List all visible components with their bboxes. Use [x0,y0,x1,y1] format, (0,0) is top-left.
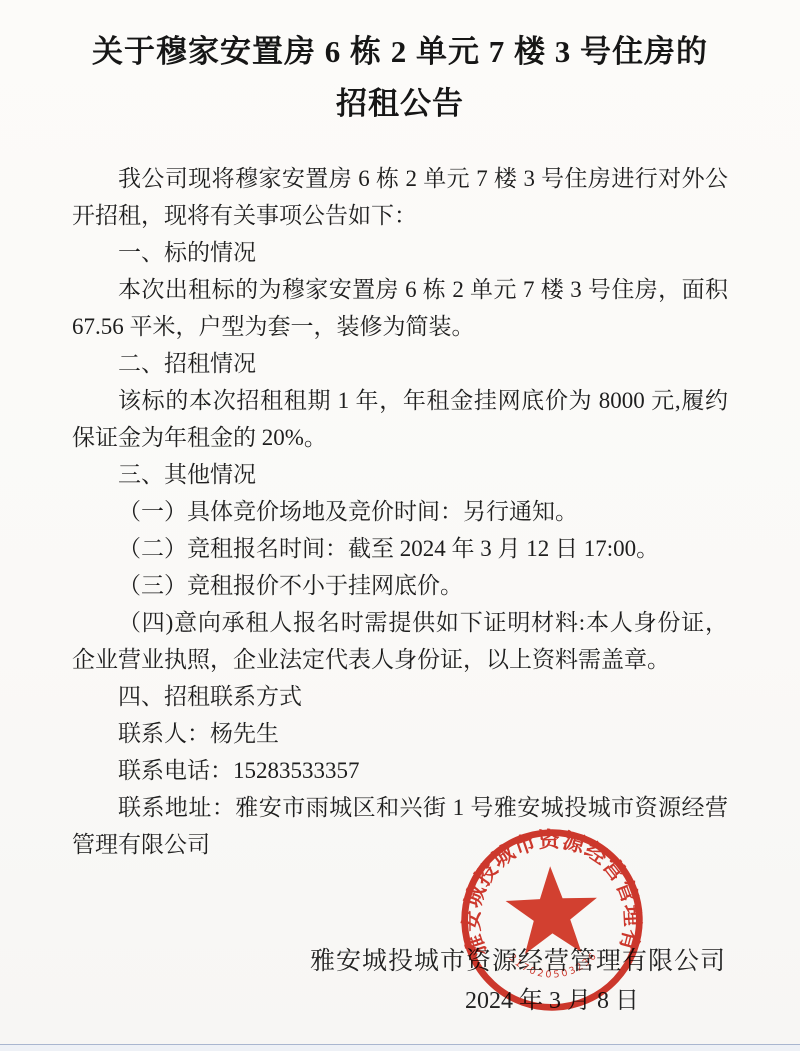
signature-company: 雅安城投城市资源经营管理有限公司 [310,941,726,977]
section-1-body: 本次出租标的为穆家安置房 6 栋 2 单元 7 楼 3 号住房，面积 67.56… [72,271,728,345]
signature-date: 2024 年 3 月 8 日 [452,980,652,1015]
page-title: 关于穆家安置房 6 栋 2 单元 7 楼 3 号住房的 招租公告 [0,26,800,130]
list-item-4: （四)意向承租人报名时需提供如下证明材料:本人身份证，企业营业执照，企业法定代表… [72,604,728,678]
page-bottom-edge [0,1044,800,1051]
contact-person: 联系人：杨先生 [72,715,728,752]
section-heading-3: 三、其他情况 [72,456,728,493]
title-line-2: 招租公告 [0,78,800,130]
document-body: 我公司现将穆家安置房 6 栋 2 单元 7 楼 3 号住房进行对外公开招租，现将… [72,160,728,863]
list-item-1: （一）具体竞价场地及竞价时间：另行通知。 [72,493,728,530]
title-line-1: 关于穆家安置房 6 栋 2 单元 7 楼 3 号住房的 [0,26,800,78]
section-heading-2: 二、招租情况 [72,345,728,382]
section-heading-4: 四、招租联系方式 [72,678,728,715]
list-item-2: （二）竞租报名时间：截至 2024 年 3 月 12 日 17:00。 [72,530,728,567]
contact-address: 联系地址：雅安市雨城区和兴街 1 号雅安城投城市资源经营管理有限公司 [72,789,728,863]
document-page: 关于穆家安置房 6 栋 2 单元 7 楼 3 号住房的 招租公告 我公司现将穆家… [0,0,800,1051]
section-heading-1: 一、标的情况 [72,234,728,271]
list-item-3: （三）竞租报价不小于挂网底价。 [72,567,728,604]
contact-phone: 联系电话：15283533357 [72,752,728,789]
paragraph-intro: 我公司现将穆家安置房 6 栋 2 单元 7 楼 3 号住房进行对外公开招租，现将… [72,160,728,234]
section-2-body: 该标的本次招租租期 1 年，年租金挂网底价为 8000 元,履约保证金为年租金的… [72,382,728,456]
